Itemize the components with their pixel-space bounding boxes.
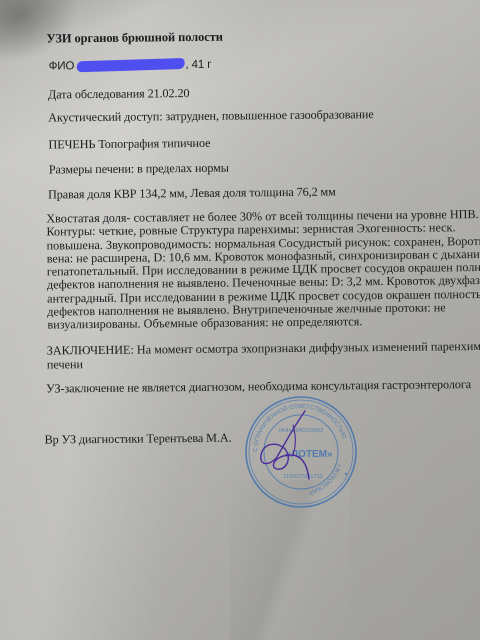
doctor-signature-icon (255, 405, 325, 485)
name-redaction-mark (76, 58, 184, 72)
document-photo: УЗИ органов брюшной полости ФИО, 41 г Да… (0, 0, 480, 640)
liver-lobes: Правая доля КВР 134,2 мм, Левая доля тол… (48, 184, 336, 201)
liver-size: Размеры печени: в пределах нормы (49, 161, 229, 177)
description-line: визуализированы. Объемные образования: н… (47, 314, 480, 332)
report-title: УЗИ органов брюшной полости (46, 30, 223, 46)
conclusion: ЗАКЛЮЧЕНИЕ: На момент осмотра эхопризнак… (47, 339, 480, 372)
patient-label: ФИО (49, 60, 75, 72)
report-paper: УЗИ органов брюшной полости ФИО, 41 г Да… (0, 0, 480, 640)
liver-topography: ПЕЧЕНЬ Топография типичное (48, 136, 210, 152)
patient-line: ФИО, 41 г (49, 58, 212, 74)
exam-date: Дата обследования 21.02.20 (48, 86, 190, 101)
disclaimer: УЗ-заключение не является диагнозом, нео… (46, 377, 471, 395)
liver-description: Хвостатая доля- составляет не более 30% … (46, 208, 480, 332)
patient-age: , 41 г (185, 59, 211, 71)
doctor-signature-line: Вр УЗ диагностики Терентьева М.А. (45, 431, 232, 447)
acoustic-access: Акустический доступ: затруднен, повышенн… (48, 107, 374, 124)
